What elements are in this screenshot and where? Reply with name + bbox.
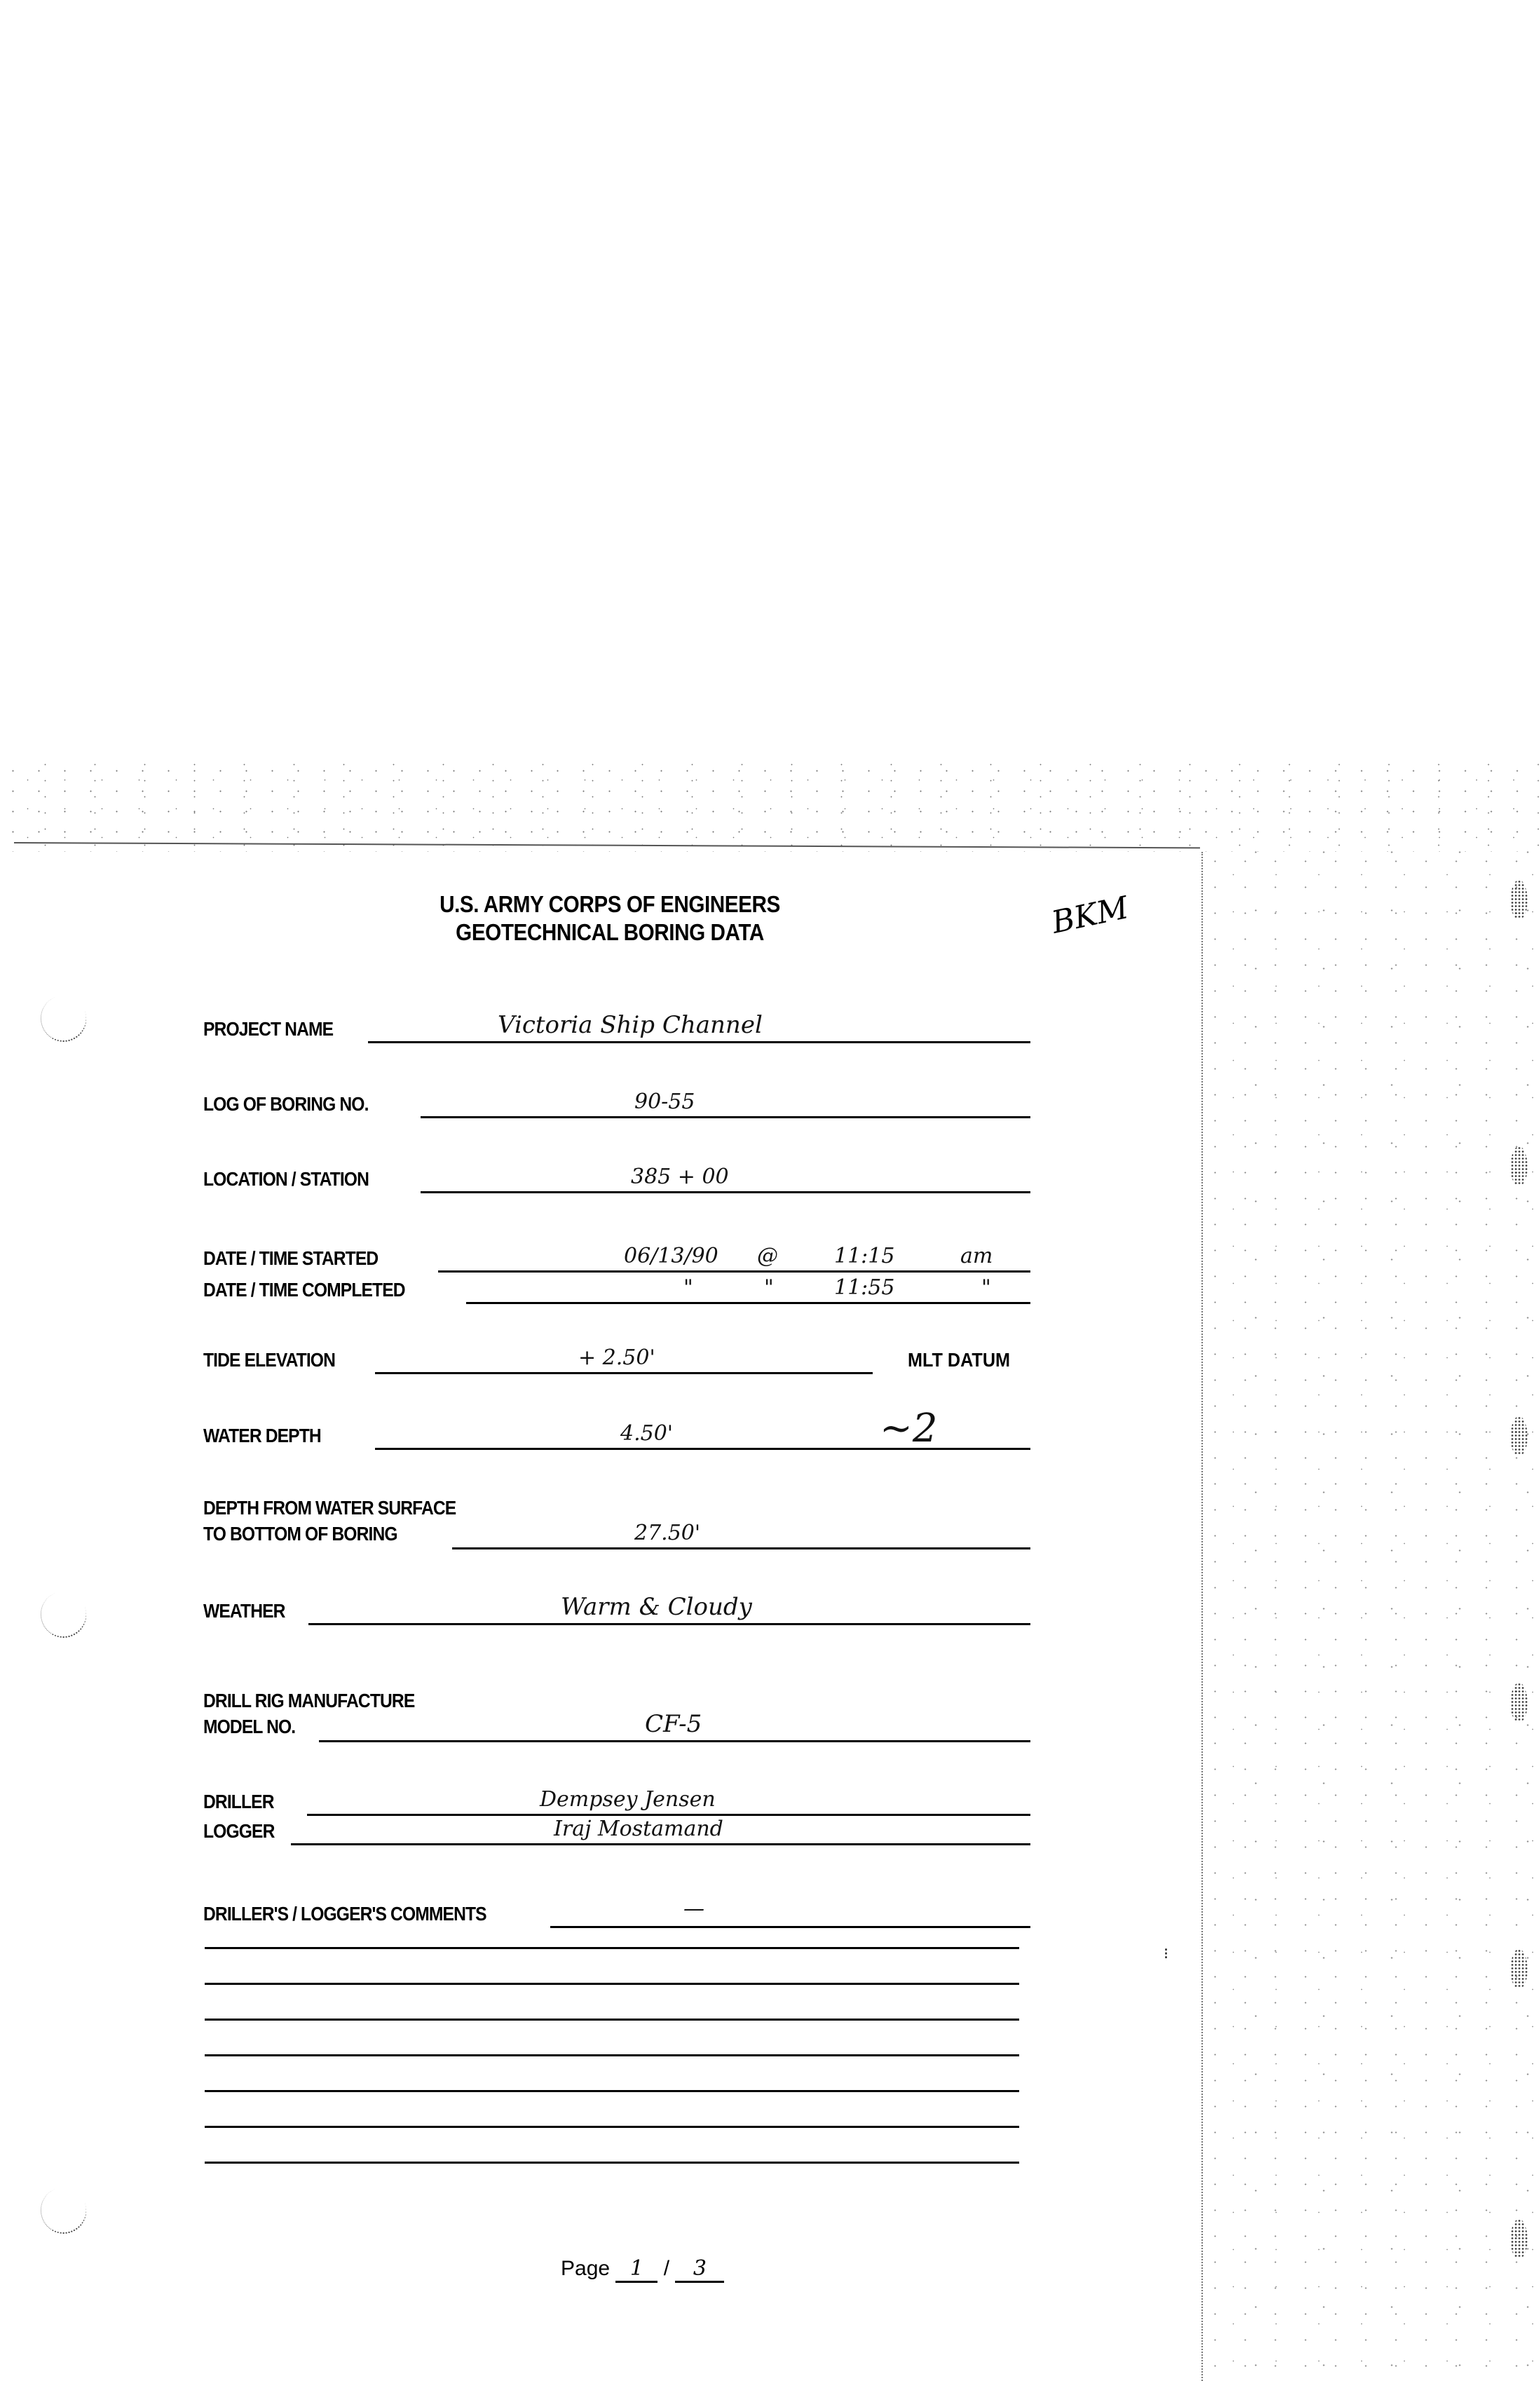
punch-hole-icon: [34, 1585, 93, 1644]
comments-value[interactable]: —: [683, 1897, 704, 1921]
form-right-edge: [1201, 852, 1203, 2381]
form-name: GEOTECHNICAL BORING DATA: [421, 918, 799, 947]
page-separator: /: [664, 2257, 669, 2280]
drill-rig-label-line2: MODEL NO.: [203, 1716, 295, 1737]
depth-to-bottom-line: [452, 1547, 1030, 1549]
depth-to-bottom-label: DEPTH FROM WATER SURFACE TO BOTTOM OF BO…: [203, 1495, 456, 1547]
depth-to-bottom-row: DEPTH FROM WATER SURFACE TO BOTTOM OF BO…: [203, 1472, 1030, 1549]
form-title: U.S. ARMY CORPS OF ENGINEERS GEOTECHNICA…: [421, 890, 799, 947]
punch-hole-icon: [34, 2181, 93, 2240]
drill-rig-line: [319, 1740, 1030, 1742]
logger-line: [291, 1843, 1030, 1845]
comment-line[interactable]: [205, 2019, 1019, 2021]
project-name-value[interactable]: Victoria Ship Channel: [498, 1011, 763, 1039]
completed-ampm[interactable]: ": [981, 1275, 991, 1300]
water-depth-label: WATER DEPTH: [203, 1425, 321, 1447]
fingerprint-smudge-icon: [1511, 880, 1527, 919]
page-label: Page: [561, 2257, 610, 2280]
page-indicator: Page 1 / 3: [561, 2256, 724, 2283]
project-name-line: [368, 1041, 1030, 1043]
completed-time[interactable]: 11:55: [834, 1275, 894, 1300]
drill-rig-label: DRILL RIG MANUFACTURE MODEL NO.: [203, 1688, 414, 1739]
drill-rig-label-line1: DRILL RIG MANUFACTURE: [203, 1690, 414, 1711]
comment-line[interactable]: [205, 2054, 1019, 2056]
weather-line: [308, 1623, 1030, 1625]
tide-elevation-label: TIDE ELEVATION: [203, 1349, 335, 1371]
location-label: LOCATION / STATION: [203, 1168, 369, 1190]
weather-row: WEATHER Warm & Cloudy: [203, 1583, 1030, 1625]
comment-line[interactable]: [205, 1947, 1019, 1949]
fingerprint-smudge-icon: [1511, 1416, 1527, 1456]
scan-noise-top: [0, 761, 1540, 852]
weather-value[interactable]: Warm & Cloudy: [561, 1593, 752, 1621]
completed-date[interactable]: ": [683, 1275, 693, 1300]
depth-label-line1: DEPTH FROM WATER SURFACE: [203, 1497, 456, 1519]
logger-label: LOGGER: [203, 1820, 275, 1843]
logger-value[interactable]: Iraj Mostamand: [554, 1817, 723, 1841]
comment-line[interactable]: [205, 2162, 1019, 2164]
fingerprint-smudge-icon: [1511, 1683, 1527, 1722]
completed-label: DATE / TIME COMPLETED: [203, 1279, 405, 1301]
drill-rig-row: DRILL RIG MANUFACTURE MODEL NO. CF-5: [203, 1665, 1030, 1742]
depth-to-bottom-value[interactable]: 27.50': [634, 1521, 700, 1545]
comment-line[interactable]: [205, 1983, 1019, 1985]
boring-no-value[interactable]: 90-55: [634, 1090, 695, 1114]
fingerprint-smudge-icon: [1511, 2219, 1527, 2258]
weather-label: WEATHER: [203, 1600, 285, 1622]
fingerprint-smudge-icon: [1511, 1146, 1527, 1186]
project-name-label: PROJECT NAME: [203, 1018, 333, 1040]
completed-date-ditto: ": [764, 1275, 774, 1300]
boring-no-row: LOG OF BORING NO. 90-55: [203, 1076, 1030, 1118]
comments-line: [550, 1926, 1030, 1928]
comment-line[interactable]: [205, 2126, 1019, 2128]
depth-label-line2: TO BOTTOM OF BORING: [203, 1523, 397, 1545]
punch-hole-icon: [34, 989, 93, 1048]
tide-elevation-line: [375, 1372, 873, 1374]
stray-ink-mark: ⁝: [1164, 1946, 1168, 1963]
location-row: LOCATION / STATION 385 + 00: [203, 1151, 1030, 1193]
drill-rig-value[interactable]: CF-5: [645, 1710, 702, 1738]
tide-elevation-row: TIDE ELEVATION + 2.50' MLT DATUM: [203, 1332, 1030, 1374]
logger-row: LOGGER Iraj Mostamand: [203, 1803, 1030, 1845]
tide-datum-label: MLT DATUM: [908, 1349, 1010, 1371]
location-line: [421, 1191, 1030, 1193]
location-value[interactable]: 385 + 00: [631, 1165, 729, 1189]
boring-no-line: [421, 1116, 1030, 1118]
completed-row: DATE / TIME COMPLETED " " 11:55 ": [203, 1262, 1030, 1304]
comments-row: DRILLER'S / LOGGER'S COMMENTS —: [203, 1886, 1030, 1928]
project-name-row: PROJECT NAME Victoria Ship Channel: [203, 1001, 1030, 1043]
completed-line: [466, 1302, 1030, 1304]
boring-no-label: LOG OF BORING NO.: [203, 1093, 369, 1115]
fingerprint-smudge-icon: [1511, 1949, 1527, 1988]
reviewer-initials: BKM: [1049, 890, 1131, 941]
water-depth-note: ~2: [880, 1406, 938, 1451]
scan-noise-right-margin: [1200, 848, 1540, 2381]
comment-line[interactable]: [205, 2090, 1019, 2092]
agency-name: U.S. ARMY CORPS OF ENGINEERS: [421, 890, 799, 918]
page-current: 1: [615, 2256, 657, 2283]
comments-label: DRILLER'S / LOGGER'S COMMENTS: [203, 1903, 486, 1925]
water-depth-value[interactable]: 4.50': [620, 1421, 673, 1446]
tide-elevation-value[interactable]: + 2.50': [578, 1345, 655, 1370]
page-total: 3: [675, 2256, 724, 2283]
water-depth-row: WATER DEPTH 4.50' ~2: [203, 1408, 1030, 1450]
